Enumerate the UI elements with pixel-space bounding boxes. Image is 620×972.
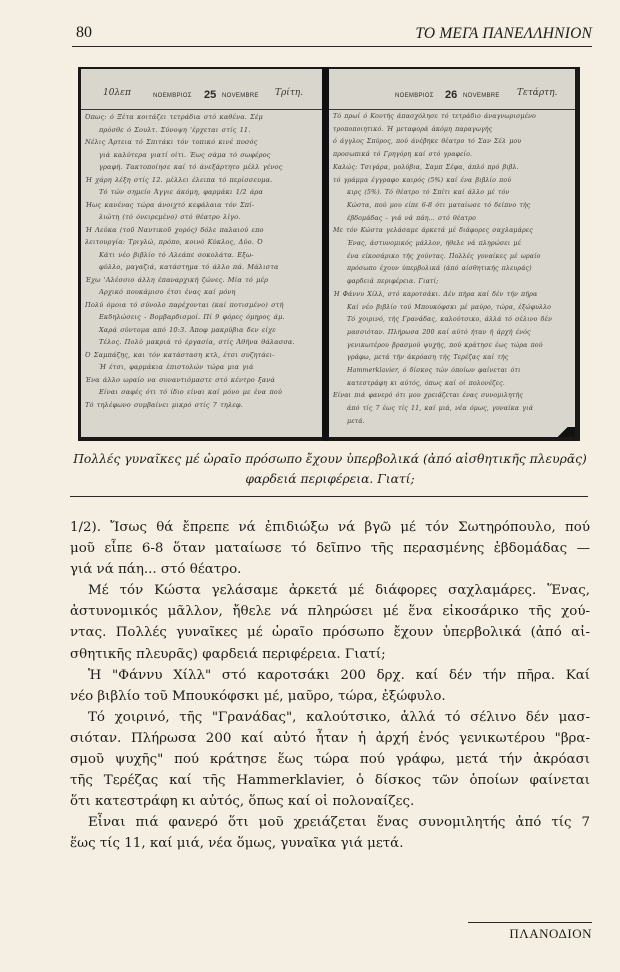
diary-header-right: ΝΟΕΜΒΡΙΟΣ 26 NOVEMBRE Τετάρτη. [329,69,575,110]
diary-line: Τό τών σημείο Άγγιε άκόμη, φαρμάκι 1/2 ά… [85,186,318,199]
body-line: Μέ τόν Κώστα γελάσαμε ἀρκετά μέ διάφορες… [70,580,590,601]
caption-divider [70,496,588,497]
body-text: 1/2). Ἴσως θά ἔπρεπε νά ἐπιδιώξω νά βγῶ … [70,517,590,855]
diary-line: Ό Σαμπάζης, και τόν κατάσταση κτλ, έτσι … [85,349,318,362]
diary-day: 25 [204,89,216,101]
diary-line: Όπως: ό Ξέτα κοιτάζει τετράδια στό καθέν… [85,111,318,124]
diary-handwriting-right: Τό πρωί ό Κουτής άπασχόλησε τό τετράδιο … [333,111,571,431]
diary-line: Είναι πιά φανερό ότι μου χρειάζεται ένας… [333,390,571,403]
diary-line: μασσιόταν. Πλήρωσα 200 καί αύτό ήταν ή ά… [333,327,571,340]
diary-month-gr: ΝΟΕΜΒΡΙΟΣ [153,93,192,99]
diary-line: γιά καλύτερα γιατί οίτι. Έως σάμα τό σωφ… [85,149,318,162]
diary-line: Έχω 'Αλέσσιο άλλη έπαναρχική ζώνες. Μία … [85,274,318,287]
body-line: μοῦ εἶπε 6-8 ὅταν ματαίωσε τό δεῖπνο τῆς… [70,538,590,559]
body-line: ἀστυνομικός μᾶλλον, ἤθελε νά πληρώσει μέ… [70,601,590,622]
diary-line: Ή έτσι, φαρμάκια έπιστολών τώρα μια γιά [85,361,318,374]
diary-weekday: Τετάρτη. [517,88,557,98]
body-line: τῆς Τερέζας καί τῆς Hammerklavier, ὁ δίσ… [70,770,590,791]
diary-line: Εκδηλώσεις - Βομβαρδισμοί. Πί 9 φόρες όμ… [85,311,318,324]
diary-line: Hammerklavier, ό δίσκος τών όποίων φαίνε… [333,365,571,378]
book-title: ΤΟ ΜΕΓΑ ΠΑΝΕΛΛΗΝΙΟΝ [415,25,592,43]
body-line: 1/2). Ἴσως θά ἔπρεπε νά ἐπιδιώξω νά βγῶ … [70,517,590,538]
body-line: γιά νά πάη... στό θέατρο. [70,559,590,580]
diary-month-fr: NOVEMBRE [463,93,500,99]
diary-page-right: ΝΟΕΜΒΡΙΟΣ 26 NOVEMBRE Τετάρτη. Τό πρωί ό… [329,69,575,437]
diary-hand-time: 10λεπ [103,88,131,98]
diary-line: Με τόν Κώστα γελάσαμε άρκετά μέ διάφορες… [333,225,571,238]
page-number: 80 [76,24,92,42]
diary-line: Καλώς: Τσιγάρα, μολύβια, Σαμπ Σέφα, άπλό… [333,162,571,175]
footer-rule [468,922,592,923]
body-line: σμοῦ ψυχῆς" πού κράτησε ἕως τώρα πού γρά… [70,749,590,770]
body-line: Εἶναι πιά φανερό ὅτι μοῦ χρειάζεται ἕνας… [70,812,590,833]
diary-line: ό άγγλος Σπύρος, πού άνέβηκε θέατρο τό Σ… [333,136,571,149]
diary-month-gr: ΝΟΕΜΒΡΙΟΣ [395,93,434,99]
diary-line: πρόσθε ό Σουλτ. Σύνοψη 'έρχεται στίς 11. [85,124,318,137]
diary-line: Ή Λεύκα (τοῦ Ναυτικοῦ χορός) δόλε παλαιο… [85,224,318,237]
body-line: σιόταν. Πλήρωσα 200 καί αὐτό ἦταν ἡ ἀρχή… [70,728,590,749]
diary-header-left: 10λεπ ΝΟΕΜΒΡΙΟΣ 25 NOVEMBRE Τρίτη. [81,69,322,110]
diary-line: λιώτη (τό όνειρεμένο) στό θέατρο λίγο. [85,211,318,224]
diary-line: Ή χάρη λέξη στίς 12. μέλλει έλειπα τό πε… [85,174,318,187]
diary-line: γραφή. Τακτοποίησε καί τό άνεξάρτητο μέλ… [85,161,318,174]
running-head: 80 ΤΟ ΜΕΓΑ ΠΑΝΕΛΛΗΝΙΟΝ [72,22,592,47]
body-line: νέο βιβλίο τοῦ Μπουκόφσκι μέ, μαῦρο, τώρ… [70,686,590,707]
diary-line: πρόσωπο έχουν ύπερβολικά (άπό αίσθητικής… [333,263,571,276]
body-line: σθητικῆς πλευρᾶς) φαρδειά περιφέρεια. Γι… [70,644,590,665]
diary-month-fr: NOVEMBRE [222,93,259,99]
diary-line: Τό τηλέφωνο συμβαίνει μικρό στίς 7 τηλεφ… [85,399,318,412]
body-line: ὅτι κατεστράφη κι αὐτός, ὅπως καί οἱ πολ… [70,791,590,812]
diary-line: Κάτι νέο βιβλίο τό Αλεάπε σοκολάτα. Εξω- [85,249,318,262]
diary-line: Κώστα, πού μου είπε 6-8 ότι ματαίωσε τό … [333,200,571,213]
diary-photo: 10λεπ ΝΟΕΜΒΡΙΟΣ 25 NOVEMBRE Τρίτη. Όπως:… [78,67,580,441]
body-line: Ἡ "Φάννυ Χίλλ" στό καροτσάκι 200 δρχ. κα… [70,665,590,686]
diary-line: Τό χοιρινό, τής Γρανάδας, καλούτσικο, άλ… [333,314,571,327]
diary-line: φαρδειά περιφέρεια. Γιατί; [333,276,571,289]
diary-line: Πολύ όμοια τό σύνολο παρέχονται (καί ποτ… [85,299,318,312]
diary-line: γράφω, μετά τήν άκρόαση τής Τερέζας καί … [333,352,571,365]
body-line: ἕως τίς 11, καί μιά, νέα ὅμως, γυναῖκα γ… [70,833,590,854]
diary-day: 26 [445,89,457,101]
diary-line: Ένας, άστυνομικός μάλλον, ήθελε νά πληρώ… [333,238,571,251]
diary-line: μετά. [333,416,571,429]
caption-line-1: Πολλές γυναῖκες μέ ὡραῖο πρόσωπο ἔχουν ὑ… [62,449,598,469]
diary-line: λειτουργία: Τριγλώ, πρόπο, κοινό Κύκλος,… [85,236,318,249]
diary-line: τροποποιητικό. Ή μεταφορά άκόμη παραγωγή… [333,124,571,137]
diary-line: άπό τίς 7 έως τίς 11, καί μιά, νέα όμως,… [333,403,571,416]
diary-line: Είναι σαφές ότι τό ίδιο είναι καί μόνο μ… [85,386,318,399]
diary-line: Τέλος. Πολύ μακριά τό έργασία, στίς Άθήν… [85,336,318,349]
diary-line: φύλλο, μαγαζιά, κατάστημα τό άλλο πά. Μά… [85,261,318,274]
diary-weekday: Τρίτη. [275,88,303,98]
diary-line: Χαρά σύντομα από 10:3. Άποφ μακρύβια δεν… [85,324,318,337]
diary-line: γενικωτέρου βρασμού ψυχής, πού κράτησε έ… [333,340,571,353]
diary-line: κατεστράφη κι αύτός, όπως καί οί πολονέζ… [333,378,571,391]
diary-line: έβδομάδας - γιά νά πάη... στό θέατρο [333,213,571,226]
diary-line: κιρς (5%). Τό θέατρο τό Σπίτι καί άλλο μ… [333,187,571,200]
diary-line: τό γράμμα έγγραφο καιρός (5%) καί ένα βι… [333,175,571,188]
diary-line: Αρχικό πουκάμισο έτσι ένας καί μόνη [85,286,318,299]
diary-page-left: 10λεπ ΝΟΕΜΒΡΙΟΣ 25 NOVEMBRE Τρίτη. Όπως:… [81,69,322,437]
caption-line-2: φαρδειά περιφέρεια. Γιατί; [62,469,598,489]
body-line: ντας. Πολλές γυναῖκες μέ ὡραῖο πρόσωπο ἔ… [70,622,590,643]
diary-line: Τό πρωί ό Κουτής άπασχόλησε τό τετράδιο … [333,111,571,124]
diary-line: Ένα άλλο ωραίο να συναντιόμαστε στό κέντ… [85,374,318,387]
diary-line: Καί νέο βιβλίο τού Μπουκόφσκι μέ μαύρο, … [333,302,571,315]
page-curl-shadow [553,427,575,437]
diary-line: ένα είκοσάρικο τής χούντας. Πολλές γυναί… [333,251,571,264]
publisher-name: ΠΛΑΝΟΔΙΟΝ [509,926,592,942]
diary-handwriting-left: Όπως: ό Ξέτα κοιτάζει τετράδια στό καθέν… [85,111,318,431]
diary-line: Νέλις Άρτεια τό Σπιτάκι τόν τοπικό κινέ … [85,136,318,149]
diary-line: Ή Φάννυ Χίλλ, στό καροτσάκι. Δέν πήρα κα… [333,289,571,302]
diary-spine [322,67,329,441]
photo-caption: Πολλές γυναῖκες μέ ὡραῖο πρόσωπο ἔχουν ὑ… [62,449,598,489]
diary-line: Ήως κανένας τώρα άνοιχτό κεφάλαια τόν Σπ… [85,199,318,212]
body-line: Τό χοιρινό, τῆς "Γρανάδας", καλούτσικο, … [70,707,590,728]
diary-line: προσωπικά τό Γρηγόρη καί στό γραφείο. [333,149,571,162]
